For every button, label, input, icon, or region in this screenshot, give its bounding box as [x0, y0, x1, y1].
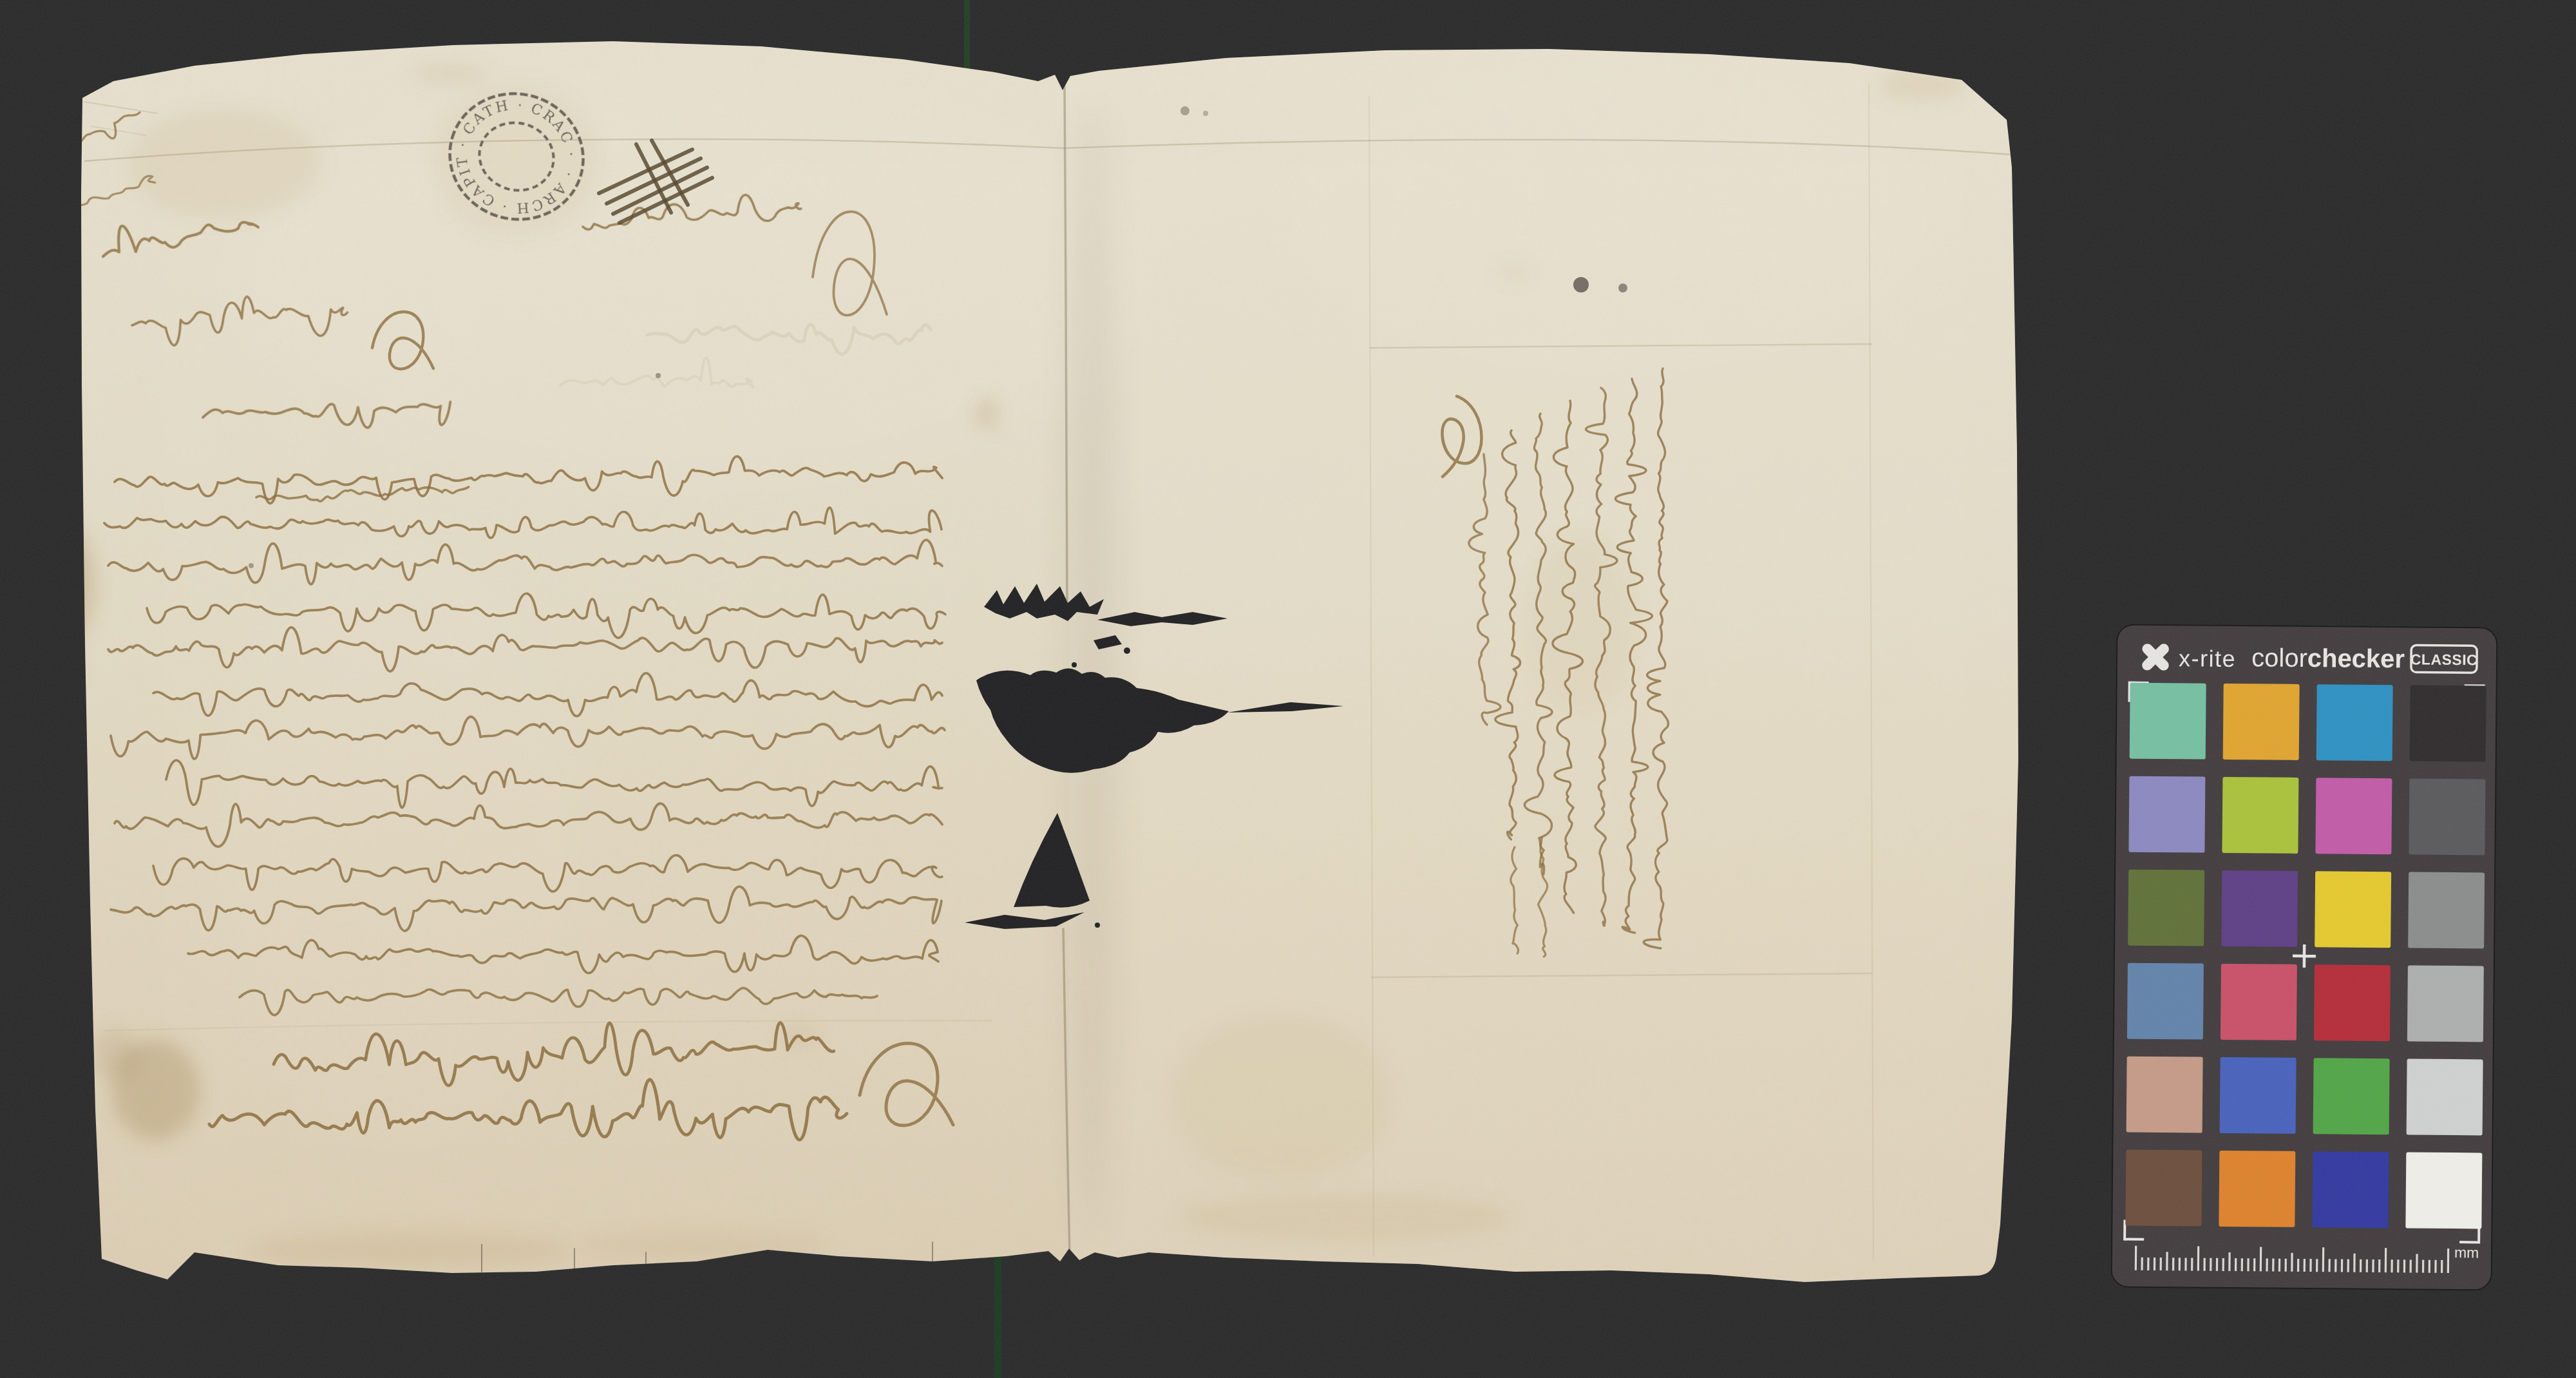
- archival-photo: · ARCH · CAPIT · CATH · CRAC · x-rite co…: [0, 0, 2576, 1378]
- film-grain-overlay: [0, 0, 2576, 1378]
